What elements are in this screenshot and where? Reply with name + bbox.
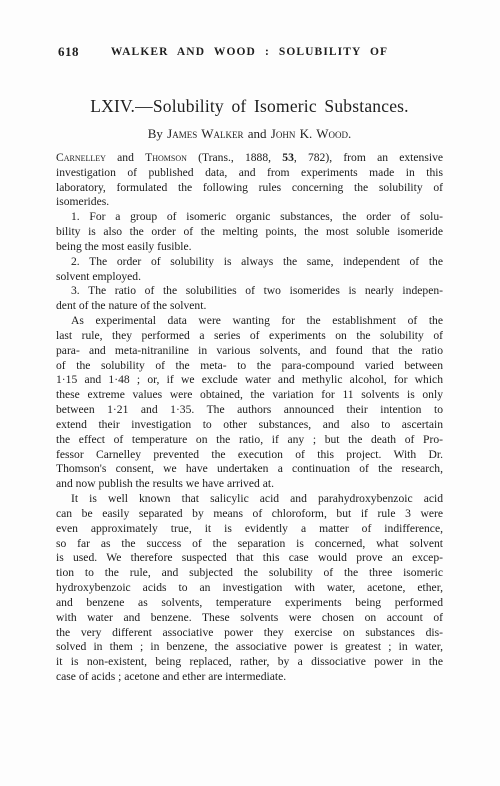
text-line: 1. For a group of isomeric organic subst… [56, 210, 443, 225]
text-line: can be easily separated by means of chlo… [56, 507, 443, 522]
text-line: of the solubility of the meta- to the pa… [56, 359, 443, 374]
text-segment: . [348, 126, 351, 141]
text-segment: Carnelley [56, 151, 106, 164]
text-line: it is non-existent, being replaced, rath… [56, 655, 443, 670]
text-line: tion to the rule, and subjected the solu… [56, 566, 443, 581]
text-segment: , 1888, [231, 151, 282, 164]
text-line: 3. The ratio of the solubilities of two … [56, 284, 443, 299]
text-line: bility is also the order of the melting … [56, 225, 443, 240]
text-segment: James Walker [167, 126, 243, 141]
text-line: Thomson's consent, we have undertaken a … [56, 462, 443, 477]
text-segment: Thomson [145, 151, 187, 164]
text-line: and benzene as solvents, temperature exp… [56, 596, 443, 611]
text-line: solvent employed. [56, 270, 443, 285]
text-segment: Trans. [202, 151, 231, 164]
text-line: case of acids ; acetone and ether are in… [56, 670, 443, 685]
text-segment: ( [187, 151, 202, 164]
text-segment: 53 [282, 151, 294, 164]
text-line: these extreme values were obtained, the … [56, 388, 443, 403]
text-line: dent of the nature of the solvent. [56, 299, 443, 314]
text-line: with water and benzene. These solvents w… [56, 611, 443, 626]
text-line: the very different associative power the… [56, 626, 443, 641]
text-line: being the most easily fusible. [56, 240, 443, 255]
document-page: 618 WALKER AND WOOD : SOLUBILITY OF LXIV… [0, 0, 500, 786]
text-line: investigation of published data, and fro… [56, 166, 443, 181]
text-segment: and [244, 126, 271, 141]
text-segment: John K. Wood [271, 126, 348, 141]
text-line: As experimental data were wanting for th… [56, 314, 443, 329]
text-line: so far as the success of the separation … [56, 537, 443, 552]
text-line: laboratory, formulated the following rul… [56, 181, 443, 196]
text-line: 2. The order of solubility is always the… [56, 255, 443, 270]
article-title: LXIV.—Solubility of Isomeric Substances. [56, 96, 443, 117]
text-segment: , 782), from an extensive [294, 151, 443, 164]
text-line: extend their investigation to other subs… [56, 418, 443, 433]
article-body: Carnelley and Thomson (Trans., 1888, 53,… [56, 151, 443, 685]
text-segment: Solubility of Isomeric Substances. [153, 96, 409, 116]
article-byline: By James Walker and John K. Wood. [56, 126, 443, 142]
text-line: fessor Carnelley prevented the execution… [56, 448, 443, 463]
text-segment: By [148, 126, 167, 141]
text-segment: and [106, 151, 145, 164]
text-line: hydroxybenzoic acids to an investigation… [56, 581, 443, 596]
running-head: WALKER AND WOOD : SOLUBILITY OF [56, 46, 443, 58]
text-line: even approximately true, it is evidently… [56, 522, 443, 537]
text-line: last rule, they performed a series of ex… [56, 329, 443, 344]
text-line: between 1·21 and 1·35. The authors annou… [56, 403, 443, 418]
text-line: isomerides. [56, 195, 443, 210]
text-line: para- and meta-nitraniline in various so… [56, 344, 443, 359]
text-line: Carnelley and Thomson (Trans., 1888, 53,… [56, 151, 443, 166]
text-line: It is well known that salicylic acid and… [56, 492, 443, 507]
text-line: is used. We therefore suspected that thi… [56, 551, 443, 566]
text-line: the effect of temperature on the ratio, … [56, 433, 443, 448]
text-line: solved in them ; in benzene, the associa… [56, 640, 443, 655]
text-line: and now publish the results we have arri… [56, 477, 443, 492]
text-line: 1·15 and 1·48 ; or, if we exclude water … [56, 373, 443, 388]
text-segment: LXIV.— [90, 96, 153, 116]
